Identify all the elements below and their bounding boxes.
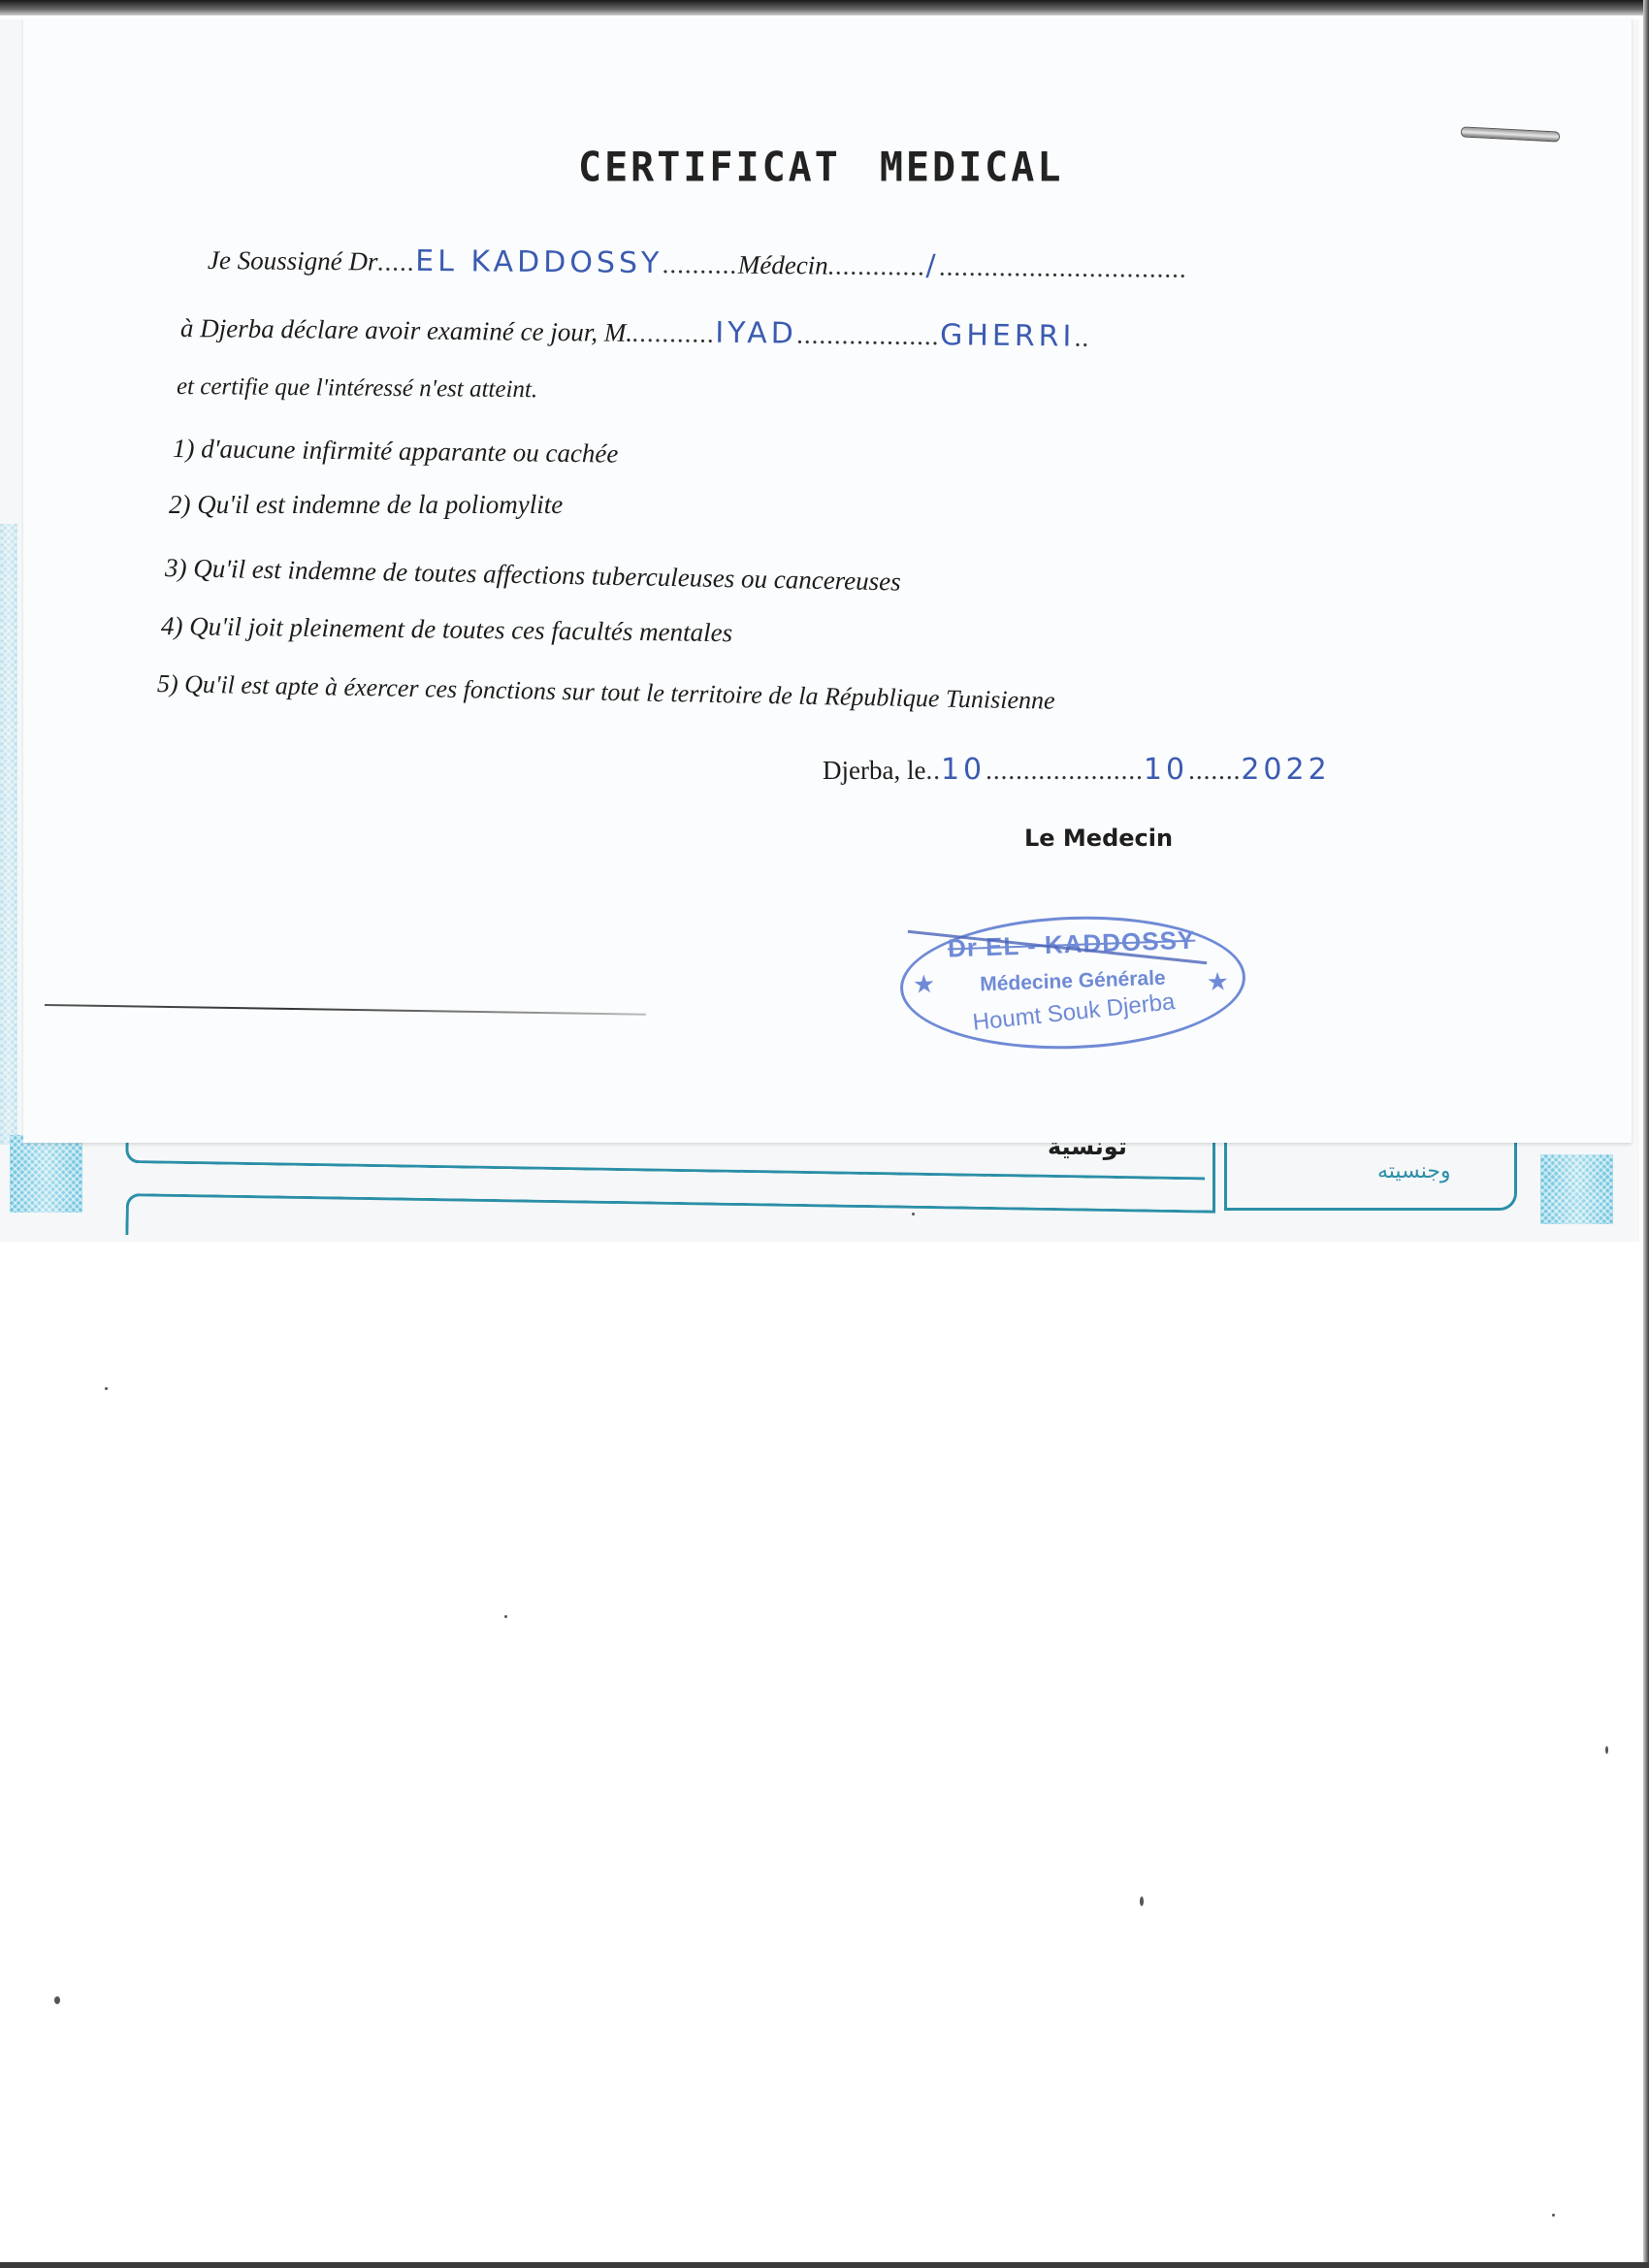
clause-1: 1) d'aucune infirmité apparante ou caché… (173, 434, 619, 470)
certificate-title: CERTIFICATMEDICAL (578, 145, 1063, 191)
doctor-prefix: Je Soussigné Dr (208, 245, 378, 276)
patient-first-name-handwritten: IYAD (715, 316, 797, 351)
doctor-name-handwritten: EL KADDOSSY (415, 244, 663, 280)
signer-label: Le Medecin (1024, 825, 1173, 852)
star-icon: ★ (912, 969, 935, 1000)
date-prefix: Djerba, le (823, 756, 925, 785)
date-day-handwritten: 10 (941, 753, 986, 787)
scan-top-edge (0, 0, 1649, 16)
scan-right-edge (1643, 0, 1649, 2268)
scan-speck (1140, 1896, 1144, 1906)
title-word-medical: MEDICAL (880, 145, 1064, 191)
patient-last-name-handwritten: GHERRI (940, 318, 1076, 353)
scan-speck (1552, 2214, 1555, 2217)
arabic-label-and-nationality: وجنسيته (1377, 1159, 1451, 1183)
scan-speck (504, 1615, 507, 1618)
date-year-handwritten: 2022 (1241, 753, 1330, 787)
date-line: Djerba, le..10.....................10...… (823, 753, 1331, 787)
guilloche-border-left-strip (0, 524, 17, 1145)
star-icon: ★ (1206, 966, 1229, 997)
certify-line: et certifie que l'intéressé n'est attein… (177, 373, 537, 404)
title-word-certificat: CERTIFICAT (578, 145, 841, 191)
specialty-handwritten: / (925, 248, 939, 282)
guilloche-border-right (1540, 1154, 1613, 1224)
scan-speck (54, 1996, 60, 2004)
clause-2: 2) Qu'il est indemne de la poliomylite (169, 490, 563, 520)
date-month-handwritten: 10 (1144, 753, 1188, 787)
guilloche-border-left (10, 1135, 82, 1213)
scan-speck (1605, 1746, 1608, 1754)
scan-bottom-edge (0, 2262, 1649, 2268)
scan-speck (912, 1213, 915, 1215)
medecin-label: Médecin (738, 250, 828, 280)
patient-prefix: à Djerba déclare avoir examiné ce jour, … (180, 313, 632, 347)
scan-speck (105, 1387, 108, 1390)
